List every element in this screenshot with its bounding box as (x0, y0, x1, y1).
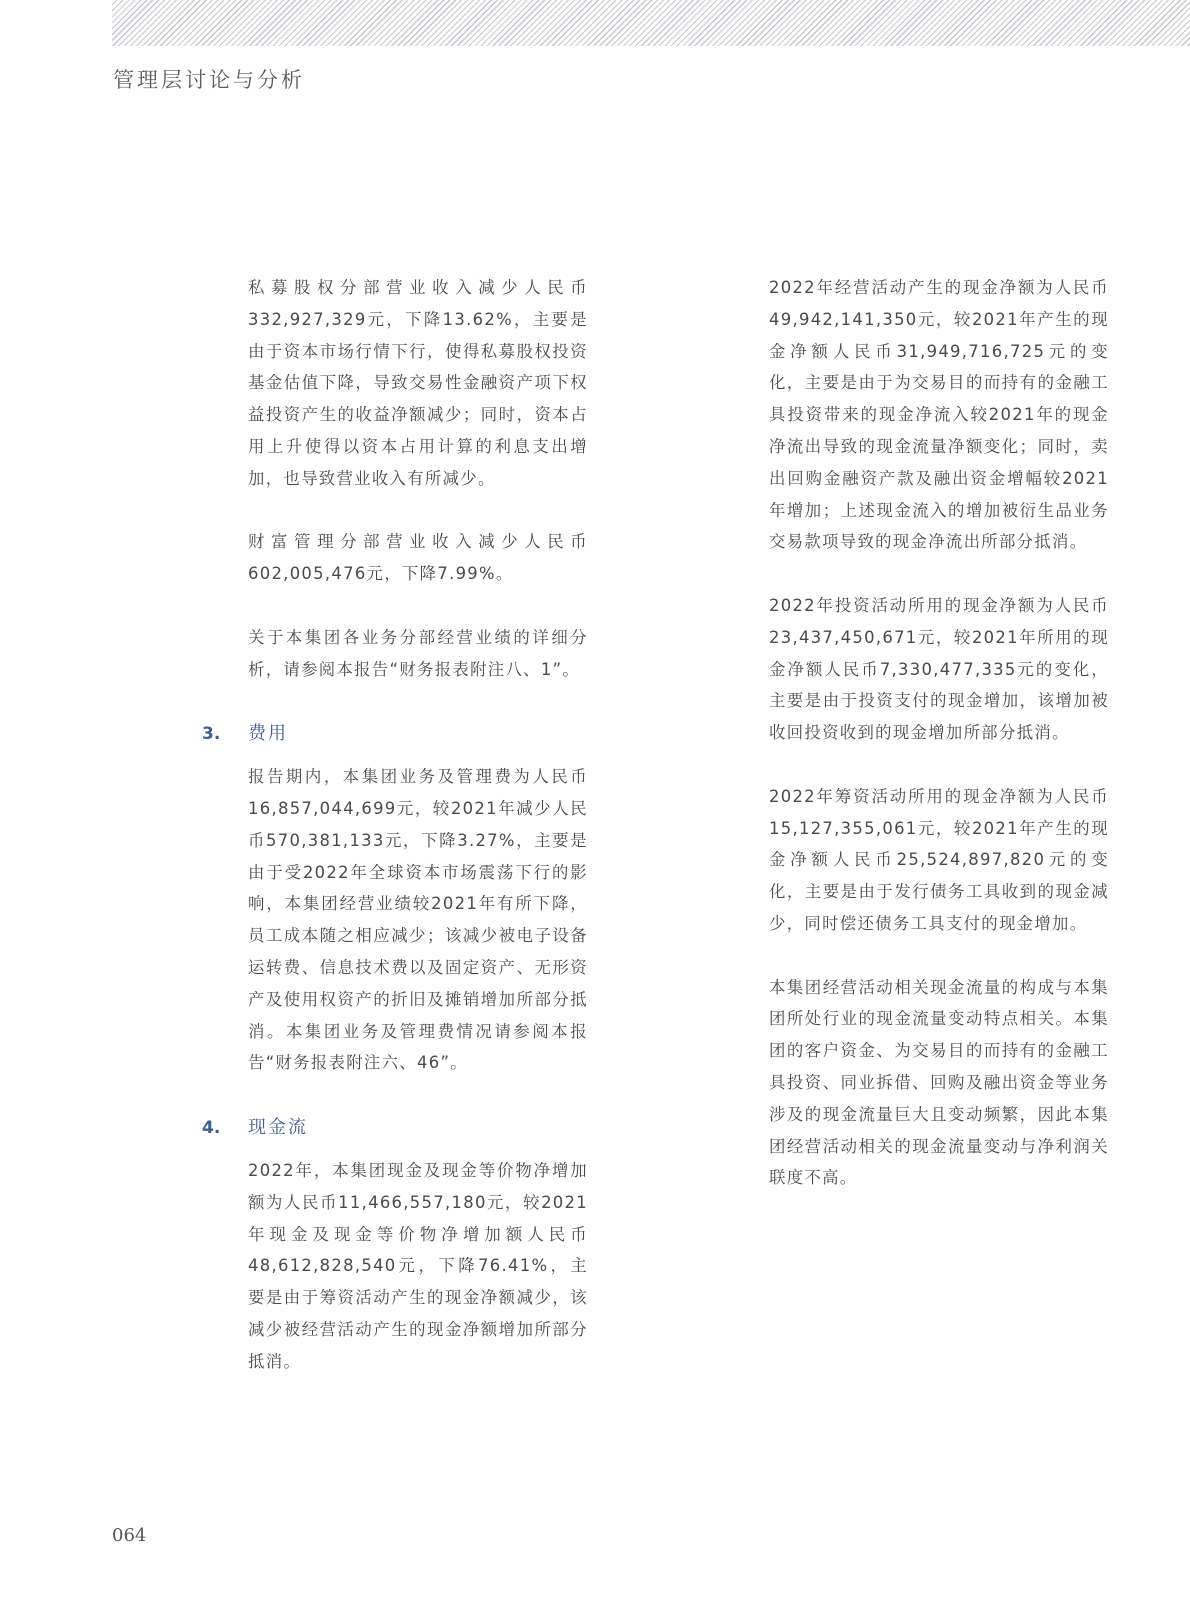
heading-number: 4. (202, 1111, 220, 1145)
paragraph-expenses: 报告期内，本集团业务及管理费为人民币16,857,044,699元，较2021年… (248, 761, 588, 1079)
heading-number: 3. (202, 717, 220, 751)
paragraph-financing-cash-flow: 2022年筹资活动所用的现金净额为人民币15,127,355,061元，较202… (769, 781, 1109, 940)
heading-expenses: 3. 费用 (248, 717, 588, 751)
paragraph-segment-reference: 关于本集团各业务分部经营业绩的详细分析，请参阅本报告“财务报表附注八、1”。 (248, 622, 588, 686)
paragraph-operating-cash-flow: 2022年经营活动产生的现金净额为人民币49,942,141,350元，较202… (769, 272, 1109, 558)
paragraph-cash-flow-characteristics: 本集团经营活动相关现金流量的构成与本集团所处行业的现金流量变动特点相关。本集团的… (769, 972, 1109, 1195)
left-column: 私募股权分部营业收入减少人民币332,927,329元，下降13.62%，主要是… (248, 272, 588, 1409)
paragraph-cash-flow-summary: 2022年，本集团现金及现金等价物净增加额为人民币11,466,557,180元… (248, 1155, 588, 1378)
page-number: 064 (112, 1525, 146, 1546)
heading-text: 现金流 (248, 1117, 308, 1138)
paragraph-wealth-management: 财富管理分部营业收入减少人民币602,005,476元，下降7.99%。 (248, 526, 588, 590)
right-column: 2022年经营活动产生的现金净额为人民币49,942,141,350元，较202… (769, 272, 1109, 1226)
heading-cash-flow: 4. 现金流 (248, 1111, 588, 1145)
paragraph-investing-cash-flow: 2022年投资活动所用的现金净额为人民币23,437,450,671元，较202… (769, 590, 1109, 749)
paragraph-private-equity: 私募股权分部营业收入减少人民币332,927,329元，下降13.62%，主要是… (248, 272, 588, 495)
heading-text: 费用 (248, 723, 288, 744)
decorative-hatch-band (112, 0, 1190, 46)
page-section-title: 管理层讨论与分析 (113, 64, 305, 94)
